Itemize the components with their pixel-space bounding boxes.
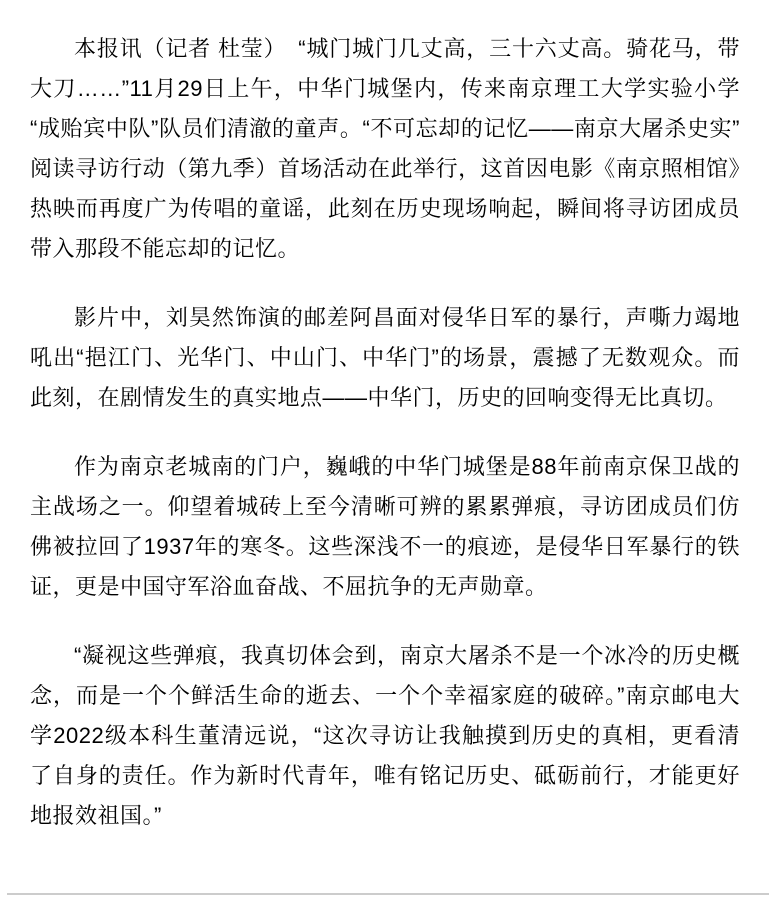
article-page: 本报讯（记者 杜莹） “城门城门几丈高，三十六丈高。骑花马，带大刀……”11月2… [0,0,769,899]
bottom-divider [7,893,769,895]
article-paragraph-2: 影片中，刘昊然饰演的邮差阿昌面对侵华日军的暴行，声嘶力竭地吼出“挹江门、光华门、… [30,298,740,418]
article-body: 本报讯（记者 杜莹） “城门城门几丈高，三十六丈高。骑花马，带大刀……”11月2… [30,29,740,836]
article-paragraph-3: 作为南京老城南的门户，巍峨的中华门城堡是88年前南京保卫战的主战场之一。仰望着城… [30,447,740,607]
article-paragraph-4: “凝视这些弹痕，我真切体会到，南京大屠杀不是一个冰冷的历史概念，而是一个个鲜活生… [30,636,740,836]
article-paragraph-1: 本报讯（记者 杜莹） “城门城门几丈高，三十六丈高。骑花马，带大刀……”11月2… [30,29,740,269]
